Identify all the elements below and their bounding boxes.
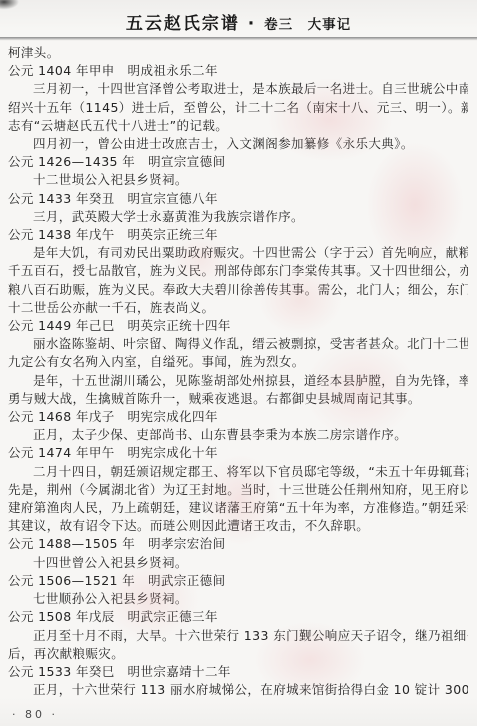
text-line: 正月至十月不雨，大旱。十六世荣行 133 东门觐公响应天子诏令，继乃祖细公之 xyxy=(8,627,468,645)
text-line: 志有“云塘赵氏五代十八进士”的记载。 xyxy=(8,117,468,135)
text-line: 公元 1533 年癸巳 明世宗嘉靖十二年 xyxy=(8,663,468,681)
text-line: 绍兴十五年（1145）进士后，至曾公，计二十二名（南宋十八、元三、明一）。新修县 xyxy=(8,99,468,117)
text-line: 勇与贼大战，生擒贼首陈升一，贼乘夜逃退。右都御史县城周南记其事。 xyxy=(8,390,468,408)
text-line: 十四世曾公入祀县乡贤祠。 xyxy=(8,554,468,572)
text-line: 粮八百石助赈，旌为义民。奉政大夫碧川徐善传其事。需公，北门人；细公，东门人。 xyxy=(8,281,468,299)
text-line: 先是，荆州（今属湖北省）为辽王封地。当时，十三世琏公任荆州知府，见王府以修 xyxy=(8,481,468,499)
text-line: 七世顺孙公入祀县乡贤祠。 xyxy=(8,590,468,608)
text-line: 千五百石，授七品散官，旌为义民。刑部侍郎东门李棠传其事。又十四世细公，亦献 xyxy=(8,262,468,280)
title-separator: · xyxy=(248,14,256,34)
text-line: 正月，十六世荣行 113 丽水府城悌公，在府城来馆街拾得白金 10 锭计 300… xyxy=(8,681,468,699)
text-line: 十二世岳公亦献一千石，旌表尚义。 xyxy=(8,299,468,317)
scanned-document-page: 五云赵氏宗谱 · 卷三 大事记 柯津头。公元 1404 年甲申 明成祖永乐二年三… xyxy=(0,0,477,726)
book-title: 五云赵氏宗谱 xyxy=(126,14,240,34)
text-line: 四月初一，曾公由进士改庶吉士，入文渊阁参加纂修《永乐大典》。 xyxy=(8,135,468,153)
text-line: 丽水盗陈鉴胡、叶宗留、陶得义作乱，缙云被剽掠，受害者甚众。北门十二世楚 xyxy=(8,335,468,353)
text-line: 九定公有女名殉入内室，自缢死。事闻，旌为烈女。 xyxy=(8,353,468,371)
text-line: 公元 1508 年戊辰 明武宗正德三年 xyxy=(8,608,468,626)
text-line: 公元 1404 年甲申 明成祖永乐二年 xyxy=(8,62,468,80)
text-line: 是年大饥，有司劝民出粟助政府赈灾。十四世需公（字于云）首先响应，献粮一 xyxy=(8,244,468,262)
text-line: 正月，太子少保、吏部尚书、山东曹县李秉为本族二房宗谱作序。 xyxy=(8,426,468,444)
text-line: 公元 1506—1521 年 明武宗正德间 xyxy=(8,572,468,590)
text-line: 公元 1488—1505 年 明孝宗宏治间 xyxy=(8,535,468,553)
text-line: 其建议，故有诏令下达。而琏公则因此遭诸王攻击，不久辞职。 xyxy=(8,517,468,535)
text-line: 公元 1433 年癸丑 明宣宗宣德八年 xyxy=(8,190,468,208)
text-line: 十二世埙公入祀县乡贤祠。 xyxy=(8,171,468,189)
text-line: 公元 1474 年甲午 明宪宗成化十年 xyxy=(8,444,468,462)
text-line: 公元 1468 年戊子 明宪宗成化四年 xyxy=(8,408,468,426)
page-number: · 80 · xyxy=(12,708,58,721)
text-line: 公元 1438 年戊午 明英宗正统三年 xyxy=(8,226,468,244)
text-line: 是年，十五世湖川璚公，见陈鉴胡部处州掠县，道经本县胪膛，自为先锋，率义 xyxy=(8,372,468,390)
text-line: 公元 1449 年己巳 明英宗正统十四年 xyxy=(8,317,468,335)
text-line: 二月十四日，朝廷颁诏规定郡王、将军以下官员邸宅等级，“未五十年毋辄葺治”。 xyxy=(8,463,468,481)
text-line: 公元 1426—1435 年 明宣宗宣德间 xyxy=(8,153,468,171)
volume-section-title: 卷三 大事记 xyxy=(264,17,351,33)
text-line: 柯津头。 xyxy=(8,44,468,62)
body-lines: 柯津头。公元 1404 年甲申 明成祖永乐二年三月初一，十四世宫泽曾公考取进士，… xyxy=(0,41,477,699)
page-header: 五云赵氏宗谱 · 卷三 大事记 xyxy=(0,0,477,34)
text-line: 三月，武英殿大学士永嘉黄淮为我族宗谱作序。 xyxy=(8,208,468,226)
text-line: 建府第渔肉人民，乃上疏朝廷，建议诸藩王府第“五十年为率，方准修造。”朝廷采纳 xyxy=(8,499,468,517)
text-line: 后，再次献粮赈灾。 xyxy=(8,645,468,663)
text-line: 三月初一，十四世宫泽曾公考取进士，是本族最后一名进士。自三世琥公中南宋 xyxy=(8,80,468,98)
